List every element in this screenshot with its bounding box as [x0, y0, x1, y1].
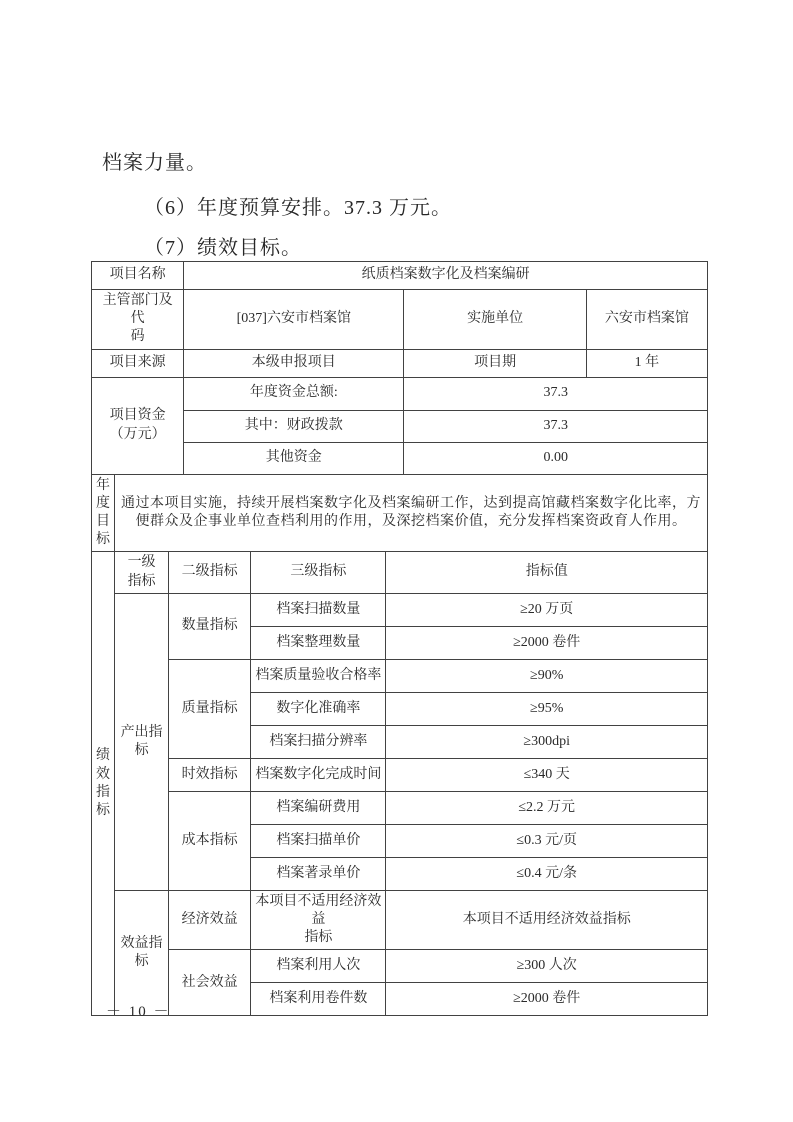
cell-indicator-value: ≤0.3 元/页: [386, 824, 708, 857]
cell-indicator-l3: 档案著录单价: [251, 857, 386, 890]
cell-indicator-value: ≤340 天: [386, 758, 708, 791]
cell-indicator-value: ≥90%: [386, 659, 708, 692]
cell-indicator-l3: 档案扫描数量: [251, 593, 386, 626]
cell-annual-goal-label: 年 度 目 标: [92, 474, 115, 552]
cell-impl-unit-value: 六安市档案馆: [586, 290, 707, 350]
cell-indicator-l3: 档案整理数量: [251, 626, 386, 659]
cell-indicator-l3: 档案利用卷件数: [251, 983, 386, 1016]
cell-group-benefit: 效益指标: [115, 890, 169, 1016]
cell-project-name-value: 纸质档案数字化及档案编研: [184, 262, 708, 290]
cell-indicator-value: ≤2.2 万元: [386, 791, 708, 824]
cell-indicator-value: ≥2000 卷件: [386, 626, 708, 659]
cell-indicator-l3: 档案扫描单价: [251, 824, 386, 857]
cell-indicator-l3: 档案扫描分辨率: [251, 725, 386, 758]
cell-dept-label: 主管部门及代 码: [92, 290, 184, 350]
cell-indicator-value: ≥300dpi: [386, 725, 708, 758]
cell-indicator-value: ≥20 万页: [386, 593, 708, 626]
cell-l2-quality: 质量指标: [169, 659, 251, 758]
cell-dept-value: [037]六安市档案馆: [184, 290, 404, 350]
cell-l2-cost: 成本指标: [169, 791, 251, 890]
document-page: 档案力量。 （6）年度预算安排。37.3 万元。 （7）绩效目标。 项目名称 纸…: [0, 0, 793, 1122]
performance-target-table: 项目名称 纸质档案数字化及档案编研 主管部门及代 码 [037]六安市档案馆 实…: [91, 261, 708, 1016]
cell-indicator-l3: 本项目不适用经济效益 指标: [251, 890, 386, 950]
cell-l2-economic: 经济效益: [169, 890, 251, 950]
cell-indicator-value: 本项目不适用经济效益指标: [386, 890, 708, 950]
cell-indicator-value: ≥95%: [386, 692, 708, 725]
cell-indicator-l3: 档案数字化完成时间: [251, 758, 386, 791]
cell-impl-unit-label: 实施单位: [404, 290, 586, 350]
cell-source-label: 项目来源: [92, 349, 184, 377]
cell-indicator-l3: 档案质量验收合格率: [251, 659, 386, 692]
cell-l2-quantity: 数量指标: [169, 593, 251, 659]
cell-header-level2: 二级指标: [169, 552, 251, 593]
cell-funds-other-value: 0.00: [404, 442, 708, 474]
cell-project-name-label: 项目名称: [92, 262, 184, 290]
cell-funds-total-label: 年度资金总额:: [184, 377, 404, 410]
cell-period-label: 项目期: [404, 349, 586, 377]
cell-source-value: 本级申报项目: [184, 349, 404, 377]
paragraph-continuation: 档案力量。: [102, 146, 207, 175]
paragraph-item-7: （7）绩效目标。: [144, 231, 302, 260]
cell-funds-fiscal-value: 37.3: [404, 410, 708, 442]
cell-funds-fiscal-label: 其中：财政拨款: [184, 410, 404, 442]
cell-l2-time: 时效指标: [169, 758, 251, 791]
cell-header-value: 指标值: [386, 552, 708, 593]
cell-indicator-l3: 档案编研费用: [251, 791, 386, 824]
cell-header-level3: 三级指标: [251, 552, 386, 593]
cell-annual-goal-text: 通过本项目实施，持续开展档案数字化及档案编研工作，达到提高馆藏档案数字化比率，方…: [115, 474, 708, 552]
cell-funds-other-label: 其他资金: [184, 442, 404, 474]
page-number: － 10 －: [106, 1000, 171, 1021]
cell-perf-label: 绩 效 指 标: [92, 552, 115, 1016]
cell-indicator-value: ≥300 人次: [386, 950, 708, 983]
cell-funds-label: 项目资金 （万元）: [92, 377, 184, 474]
cell-period-value: 1 年: [586, 349, 707, 377]
cell-header-level1: 一级 指标: [115, 552, 169, 593]
cell-indicator-l3: 档案利用人次: [251, 950, 386, 983]
cell-funds-total-value: 37.3: [404, 377, 708, 410]
paragraph-item-6: （6）年度预算安排。37.3 万元。: [144, 191, 452, 220]
cell-indicator-value: ≥2000 卷件: [386, 983, 708, 1016]
cell-group-output: 产出指标: [115, 593, 169, 890]
cell-l2-social: 社会效益: [169, 950, 251, 1016]
cell-indicator-value: ≤0.4 元/条: [386, 857, 708, 890]
cell-indicator-l3: 数字化准确率: [251, 692, 386, 725]
